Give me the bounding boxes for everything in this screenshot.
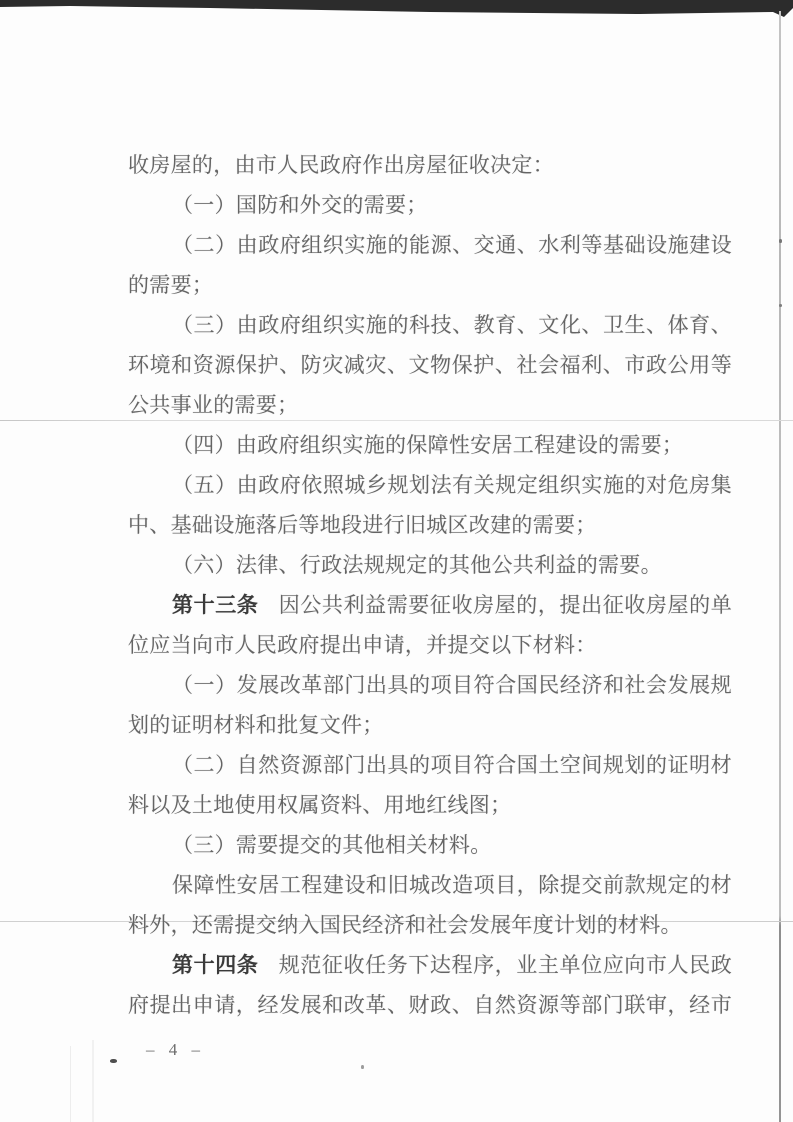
line-text: 收房屋的，由市人民政府作出房屋征收决定：: [128, 153, 554, 177]
text-line: （二）自然资源部门出具的项目符合国土空间规划的证明材: [128, 745, 732, 785]
article-heading-line: 第十四条规范征收任务下达程序，业主单位应向市人民政: [128, 945, 732, 985]
text-line: 料外，还需提交纳入国民经济和社会发展年度计划的材料。: [128, 905, 732, 945]
line-text: （一）国防和外交的需要；: [172, 193, 428, 217]
ink-speck: [361, 1065, 364, 1069]
text-line: 料以及土地使用权属资料、用地红线图；: [128, 785, 732, 825]
scan-streak: [92, 1040, 94, 1122]
text-line: （四）由政府组织实施的保障性安居工程建设的需要；: [128, 425, 732, 465]
line-text: （三）需要提交的其他相关材料。: [172, 833, 492, 857]
article-heading-line: 第十三条因公共利益需要征收房屋的，提出征收房屋的单: [128, 585, 732, 625]
document-body: 收房屋的，由市人民政府作出房屋征收决定：（一）国防和外交的需要；（二）由政府组织…: [128, 145, 732, 1025]
ink-speck: [110, 1059, 117, 1063]
text-line: 环境和资源保护、防灾减灾、文物保护、社会福利、市政公用等: [128, 345, 732, 385]
text-line: （一）发展改革部门出具的项目符合国民经济和社会发展规: [128, 665, 732, 705]
text-line: （五）由政府依照城乡规划法有关规定组织实施的对危房集: [128, 465, 732, 505]
text-line: 位应当向市人民政府提出申请，并提交以下材料：: [128, 625, 732, 665]
line-text: （三）由政府组织实施的科技、教育、文化、卫生、体育、: [172, 313, 732, 337]
line-text: （二）自然资源部门出具的项目符合国土空间规划的证明材: [172, 753, 732, 777]
text-line: 划的证明材料和批复文件；: [128, 705, 732, 745]
line-text: 府提出申请，经发展和改革、财政、自然资源等部门联审，经市: [128, 993, 732, 1017]
page-number: – 4 –: [146, 1040, 205, 1060]
line-text: 料外，还需提交纳入国民经济和社会发展年度计划的材料。: [128, 913, 682, 937]
text-line: （二）由政府组织实施的能源、交通、水利等基础设施建设: [128, 225, 732, 265]
line-text: 公共事业的需要；: [128, 393, 298, 417]
scan-streak: [70, 1046, 71, 1122]
text-line: （三）由政府组织实施的科技、教育、文化、卫生、体育、: [128, 305, 732, 345]
line-text: 位应当向市人民政府提出申请，并提交以下材料：: [128, 633, 597, 657]
line-text: 规范征收任务下达程序，业主单位应向市人民政: [278, 953, 732, 977]
text-line: 公共事业的需要；: [128, 385, 732, 425]
article-number: 第十四条: [172, 953, 258, 977]
article-number: 第十三条: [172, 593, 258, 617]
line-text: 中、基础设施落后等地段进行旧城区改建的需要；: [128, 513, 597, 537]
text-line: 收房屋的，由市人民政府作出房屋征收决定：: [128, 145, 732, 185]
line-text: （一）发展改革部门出具的项目符合国民经济和社会发展规: [172, 673, 732, 697]
ink-speck: [779, 239, 782, 243]
text-line: （六）法律、行政法规规定的其他公共利益的需要。: [128, 545, 732, 585]
line-text: （二）由政府组织实施的能源、交通、水利等基础设施建设: [172, 233, 732, 257]
scan-page-edge-line-right: [779, 11, 781, 1122]
line-text: 保障性安居工程建设和旧城改造项目，除提交前款规定的材: [172, 873, 732, 897]
line-text: （五）由政府依照城乡规划法有关规定组织实施的对危房集: [172, 473, 732, 497]
text-line: （一）国防和外交的需要；: [128, 185, 732, 225]
scan-edge-artifact-top: [0, 0, 793, 20]
line-text: （六）法律、行政法规规定的其他公共利益的需要。: [172, 553, 662, 577]
line-text: 的需要；: [128, 273, 213, 297]
text-line: 的需要；: [128, 265, 732, 305]
text-line: 保障性安居工程建设和旧城改造项目，除提交前款规定的材: [128, 865, 732, 905]
line-text: 环境和资源保护、防灾减灾、文物保护、社会福利、市政公用等: [128, 353, 732, 377]
line-text: （四）由政府组织实施的保障性安居工程建设的需要；: [172, 433, 683, 457]
ink-speck: [779, 304, 782, 307]
line-text: 划的证明材料和批复文件；: [128, 713, 384, 737]
text-line: 府提出申请，经发展和改革、财政、自然资源等部门联审，经市: [128, 985, 732, 1025]
scanned-document-page: 收房屋的，由市人民政府作出房屋征收决定：（一）国防和外交的需要；（二）由政府组织…: [0, 0, 793, 1122]
text-line: （三）需要提交的其他相关材料。: [128, 825, 732, 865]
line-text: 因公共利益需要征收房屋的，提出征收房屋的单: [278, 593, 732, 617]
text-line: 中、基础设施落后等地段进行旧城区改建的需要；: [128, 505, 732, 545]
line-text: 料以及土地使用权属资料、用地红线图；: [128, 793, 511, 817]
